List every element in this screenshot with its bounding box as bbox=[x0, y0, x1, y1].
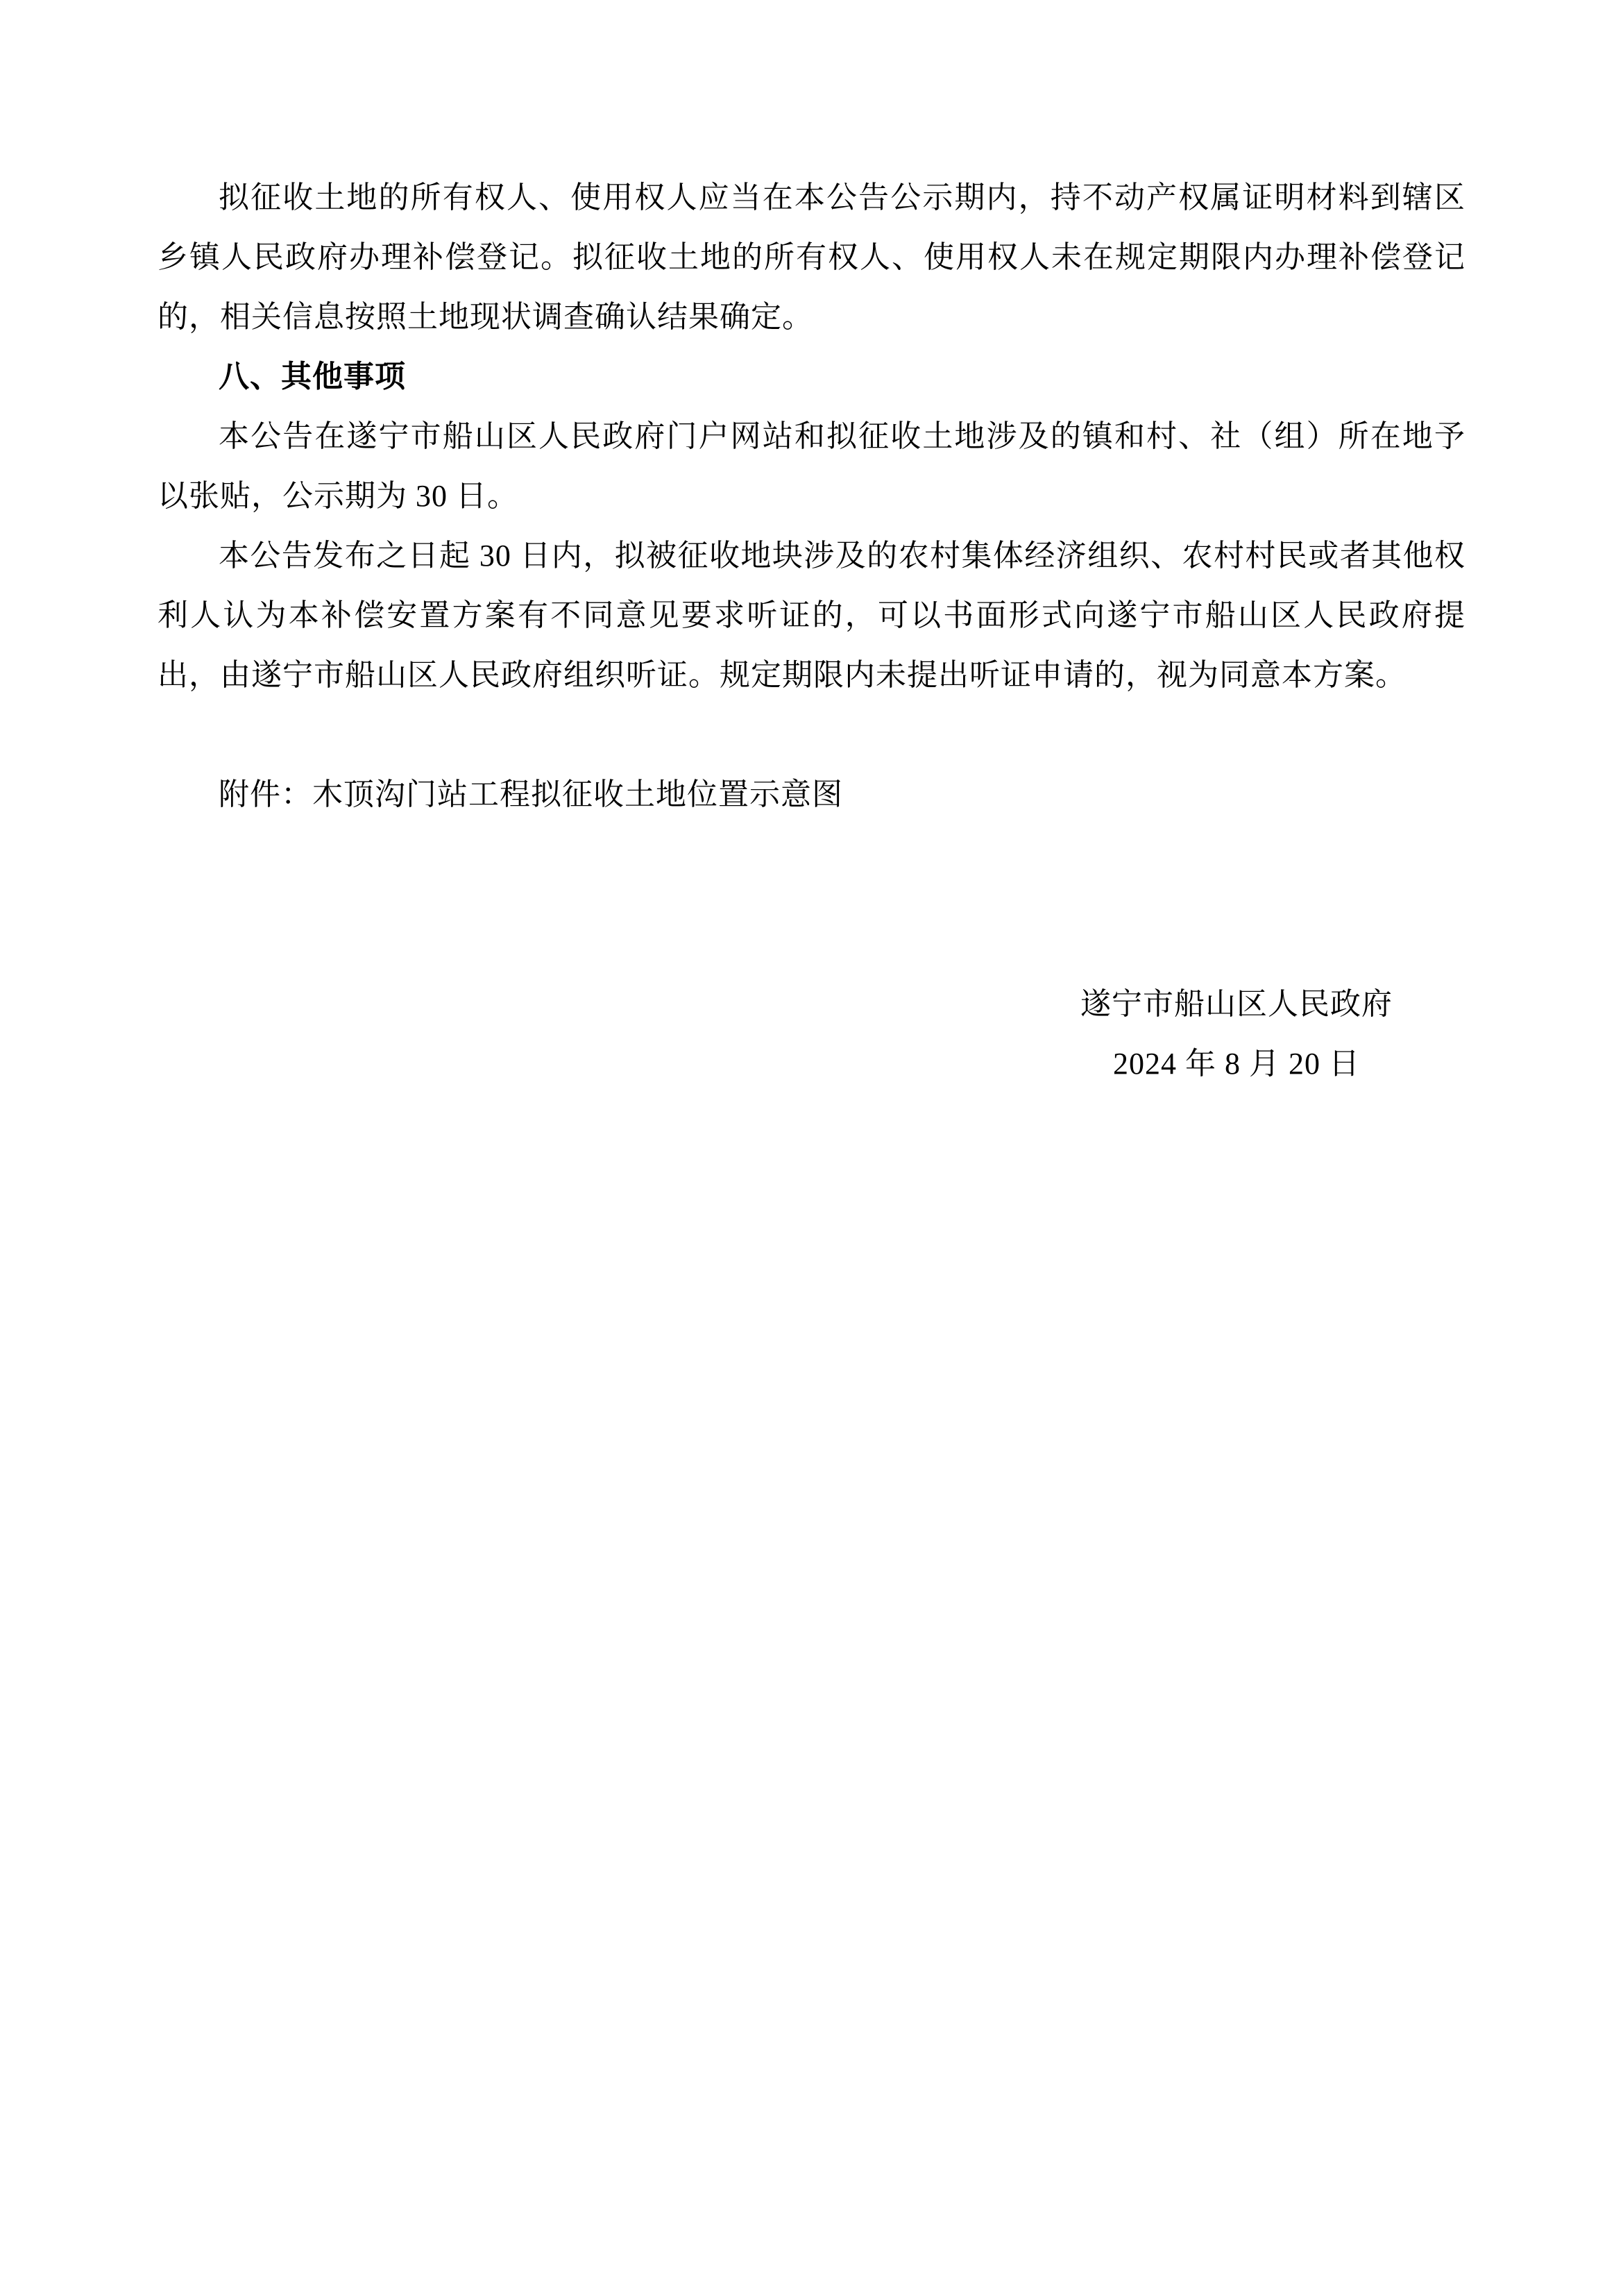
signature-issuer: 遂宁市船山区人民政府 bbox=[1080, 974, 1393, 1034]
paragraph-hearing-rights: 本公告发布之日起 30 日内，拟被征收地块涉及的农村集体经济组织、农村村民或者其… bbox=[158, 526, 1465, 705]
attachment-line: 附件：木顶沟门站工程拟征收土地位置示意图 bbox=[158, 765, 1465, 825]
document-content: 拟征收土地的所有权人、使用权人应当在本公告公示期内，持不动产权属证明材料到辖区乡… bbox=[0, 0, 1623, 1094]
paragraph-publication-period: 本公告在遂宁市船山区人民政府门户网站和拟征收土地涉及的镇和村、社（组）所在地予以… bbox=[158, 407, 1465, 526]
signature-block: 遂宁市船山区人民政府 2024 年 8 月 20 日 bbox=[1080, 974, 1393, 1094]
paragraph-compensation-registration: 拟征收土地的所有权人、使用权人应当在本公告公示期内，持不动产权属证明材料到辖区乡… bbox=[158, 168, 1465, 347]
signature-date: 2024 年 8 月 20 日 bbox=[1080, 1034, 1393, 1094]
section-heading-other-matters: 八、其他事项 bbox=[158, 347, 1465, 407]
document-page: 拟征收土地的所有权人、使用权人应当在本公告公示期内，持不动产权属证明材料到辖区乡… bbox=[0, 0, 1623, 2296]
